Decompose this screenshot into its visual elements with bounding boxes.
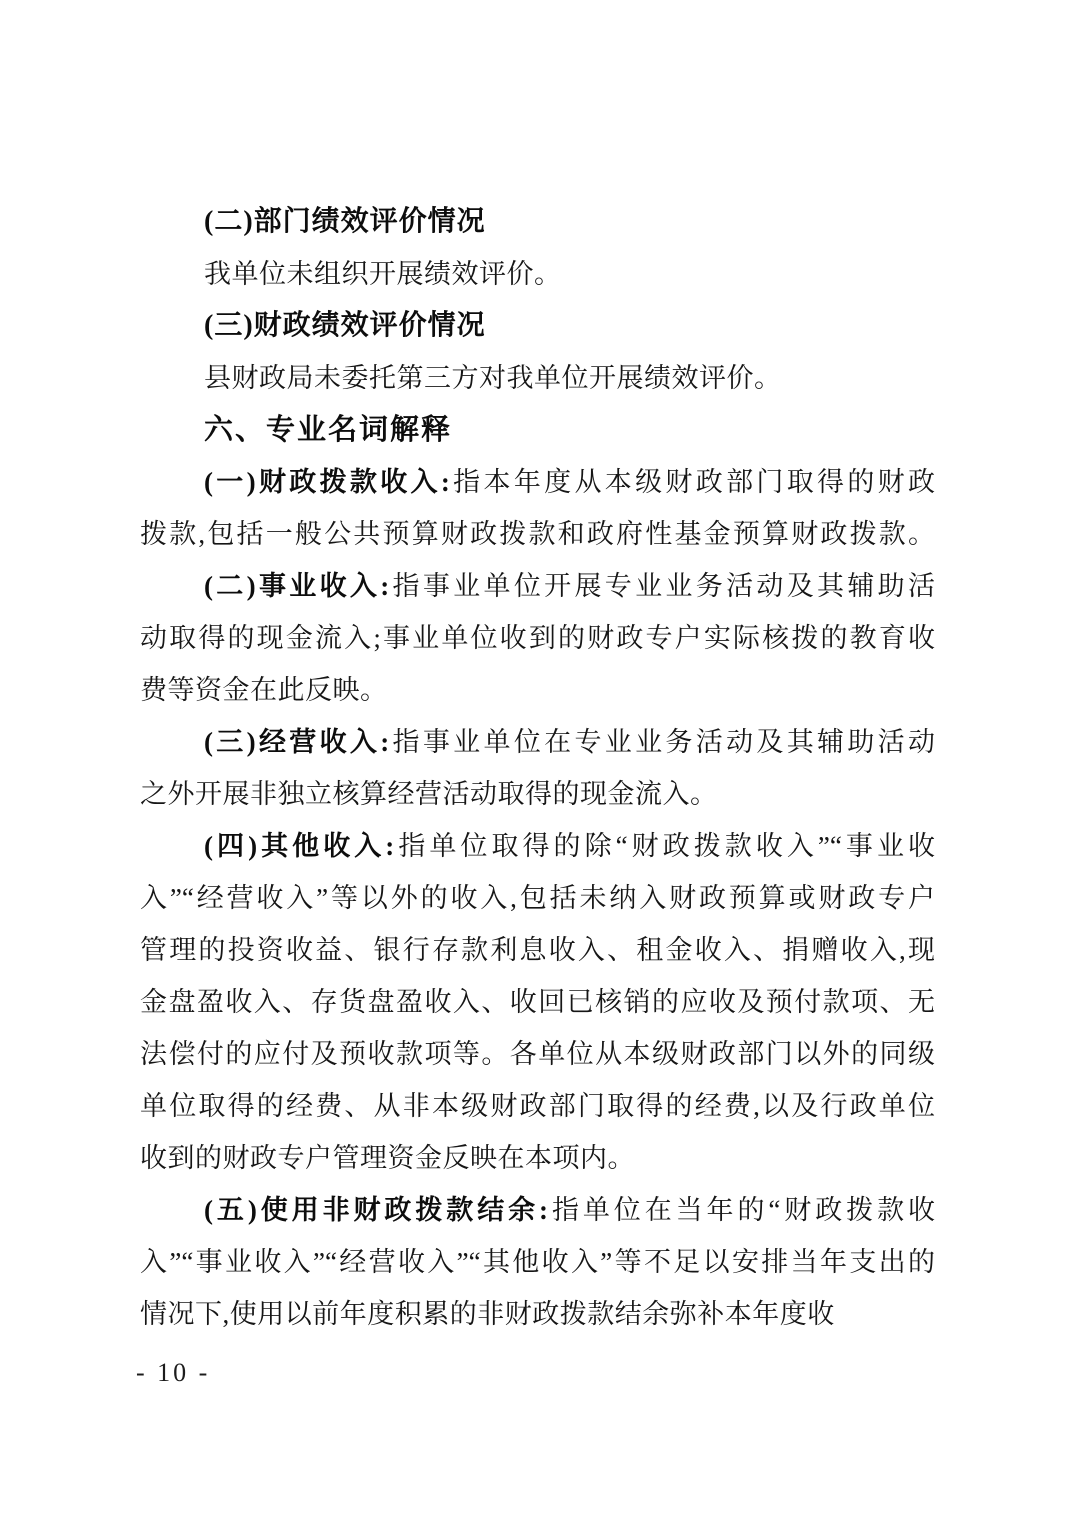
line-text: 我单位未组织开展绩效评价。 bbox=[204, 259, 562, 289]
document-page: (二)部门绩效评价情况我单位未组织开展绩效评价。(三)财政绩效评价情况县财政局未… bbox=[0, 0, 1074, 1520]
text-line: (五)使用非财政拨款结余:指单位在当年的“财政拨款收 bbox=[140, 1184, 935, 1236]
text-line: 之外开展非独立核算经营活动取得的现金流入。 bbox=[140, 768, 935, 820]
text-line: 入”“经营收入”等以外的收入,包括未纳入财政预算或财政专户 bbox=[140, 872, 935, 924]
term-label: (三)财政绩效评价情况 bbox=[204, 310, 486, 341]
term-label: (三)经营收入: bbox=[204, 727, 389, 757]
term-label: (二)部门绩效评价情况 bbox=[204, 206, 486, 237]
line-text: 指单位在当年的“财政拨款收 bbox=[548, 1195, 935, 1225]
page-number: - 10 - bbox=[136, 1358, 210, 1388]
text-line: 管理的投资收益、银行存款利息收入、租金收入、捐赠收入,现 bbox=[140, 924, 935, 976]
text-line: 单位取得的经费、从非本级财政部门取得的经费,以及行政单位 bbox=[140, 1080, 935, 1132]
text-line: 县财政局未委托第三方对我单位开展绩效评价。 bbox=[140, 352, 935, 404]
line-text: 情况下,使用以前年度积累的非财政拨款结余弥补本年度收 bbox=[140, 1299, 835, 1329]
text-line: (三)经营收入:指事业单位在专业业务活动及其辅助活动 bbox=[140, 716, 935, 768]
text-line: 法偿付的应付及预收款项等。各单位从本级财政部门以外的同级 bbox=[140, 1028, 935, 1080]
text-line: 费等资金在此反映。 bbox=[140, 664, 935, 716]
text-line: 动取得的现金流入;事业单位收到的财政专户实际核拨的教育收 bbox=[140, 612, 935, 664]
line-text: 动取得的现金流入;事业单位收到的财政专户实际核拨的教育收 bbox=[140, 623, 935, 653]
line-text: 管理的投资收益、银行存款利息收入、租金收入、捐赠收入,现 bbox=[140, 935, 935, 965]
text-line: (四)其他收入:指单位取得的除“财政拨款收入”“事业收 bbox=[140, 820, 935, 872]
term-label: 六、专业名词解释 bbox=[204, 414, 452, 446]
line-text: 县财政局未委托第三方对我单位开展绩效评价。 bbox=[204, 363, 782, 393]
line-text: 指本年度从本级财政部门取得的财政 bbox=[450, 467, 935, 497]
line-text: 指事业单位在专业业务活动及其辅助活动 bbox=[389, 727, 935, 757]
document-body: (二)部门绩效评价情况我单位未组织开展绩效评价。(三)财政绩效评价情况县财政局未… bbox=[140, 196, 935, 1340]
text-line: 入”“事业收入”“经营收入”“其他收入”等不足以安排当年支出的 bbox=[140, 1236, 935, 1288]
text-line: (一)财政拨款收入:指本年度从本级财政部门取得的财政 bbox=[140, 456, 935, 508]
line-text: 指事业单位开展专业业务活动及其辅助活 bbox=[389, 571, 935, 601]
section-heading: 六、专业名词解释 bbox=[140, 404, 935, 456]
term-label: (五)使用非财政拨款结余: bbox=[204, 1195, 548, 1225]
line-text: 收到的财政专户管理资金反映在本项内。 bbox=[140, 1143, 635, 1173]
text-line: 拨款,包括一般公共预算财政拨款和政府性基金预算财政拨款。 bbox=[140, 508, 935, 560]
term-label: (二)事业收入: bbox=[204, 571, 389, 601]
term-label: (一)财政拨款收入: bbox=[204, 467, 450, 497]
text-line: (二)事业收入:指事业单位开展专业业务活动及其辅助活 bbox=[140, 560, 935, 612]
line-text: 入”“经营收入”等以外的收入,包括未纳入财政预算或财政专户 bbox=[140, 883, 935, 913]
line-text: 费等资金在此反映。 bbox=[140, 675, 388, 705]
line-text: 金盘盈收入、存货盘盈收入、收回已核销的应收及预付款项、无 bbox=[140, 987, 935, 1017]
text-line: 我单位未组织开展绩效评价。 bbox=[140, 248, 935, 300]
section-heading: (三)财政绩效评价情况 bbox=[140, 300, 935, 352]
line-text: 法偿付的应付及预收款项等。各单位从本级财政部门以外的同级 bbox=[140, 1039, 935, 1069]
term-label: (四)其他收入: bbox=[204, 831, 394, 861]
text-line: 收到的财政专户管理资金反映在本项内。 bbox=[140, 1132, 935, 1184]
line-text: 之外开展非独立核算经营活动取得的现金流入。 bbox=[140, 779, 718, 809]
text-line: 情况下,使用以前年度积累的非财政拨款结余弥补本年度收 bbox=[140, 1288, 935, 1340]
line-text: 指单位取得的除“财政拨款收入”“事业收 bbox=[394, 831, 935, 861]
line-text: 拨款,包括一般公共预算财政拨款和政府性基金预算财政拨款。 bbox=[140, 519, 935, 549]
section-heading: (二)部门绩效评价情况 bbox=[140, 196, 935, 248]
line-text: 单位取得的经费、从非本级财政部门取得的经费,以及行政单位 bbox=[140, 1091, 935, 1121]
line-text: 入”“事业收入”“经营收入”“其他收入”等不足以安排当年支出的 bbox=[140, 1247, 935, 1277]
text-line: 金盘盈收入、存货盘盈收入、收回已核销的应收及预付款项、无 bbox=[140, 976, 935, 1028]
